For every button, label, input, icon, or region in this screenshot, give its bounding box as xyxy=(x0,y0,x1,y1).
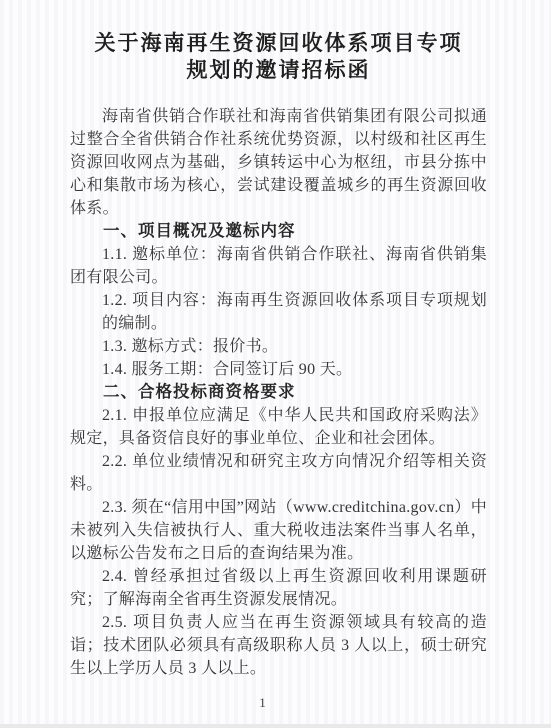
clause-2-3: 2.3. 须在“信用中国”网站（www.creditchina.gov.cn）中… xyxy=(70,496,487,565)
page-number: 1 xyxy=(0,696,538,710)
scan-edge-artifact xyxy=(0,724,551,728)
clause-1-3: 1.3. 邀标方式：报价书。 xyxy=(70,335,487,358)
clause-1-4: 1.4. 服务工期：合同签订后 90 天。 xyxy=(70,358,487,381)
clause-2-2: 2.2. 单位业绩情况和研究主攻方向情况介绍等相关资料。 xyxy=(70,450,487,496)
clause-2-4: 2.4. 曾经承担过省级以上再生资源回收利用课题研究；了解海南全省再生资源发展情… xyxy=(70,565,487,611)
intro-paragraph: 海南省供销合作联社和海南省供销集团有限公司拟通过整合全省供销合作社系统优势资源，… xyxy=(70,105,487,220)
clause-2-5: 2.5. 项目负责人应当在再生资源领域具有较高的造诣；技术团队必须具有高级职称人… xyxy=(70,611,487,680)
clause-1-1: 1.1. 邀标单位：海南省供销合作联社、海南省供销集团有限公司。 xyxy=(70,243,487,289)
section1-heading: 一、项目概况及邀标内容 xyxy=(70,220,487,243)
document-title: 关于海南再生资源回收体系项目专项 规划的邀请招标函 xyxy=(70,30,487,84)
document-title-line1: 关于海南再生资源回收体系项目专项 xyxy=(95,32,463,55)
scanned-document-page: 关于海南再生资源回收体系项目专项 规划的邀请招标函 海南省供销合作联社和海南省供… xyxy=(0,0,551,728)
section2-heading: 二、合格投标商资格要求 xyxy=(70,381,487,404)
clause-2-1: 2.1. 申报单位应满足《中华人民共和国政府采购法》规定，具备资信良好的事业单位… xyxy=(70,404,487,450)
clause-1-2: 1.2. 项目内容：海南再生资源回收体系项目专项规划的编制。 xyxy=(70,289,487,335)
document-title-line2: 规划的邀请招标函 xyxy=(187,59,371,82)
document-content: 关于海南再生资源回收体系项目专项 规划的邀请招标函 海南省供销合作联社和海南省供… xyxy=(0,0,551,680)
